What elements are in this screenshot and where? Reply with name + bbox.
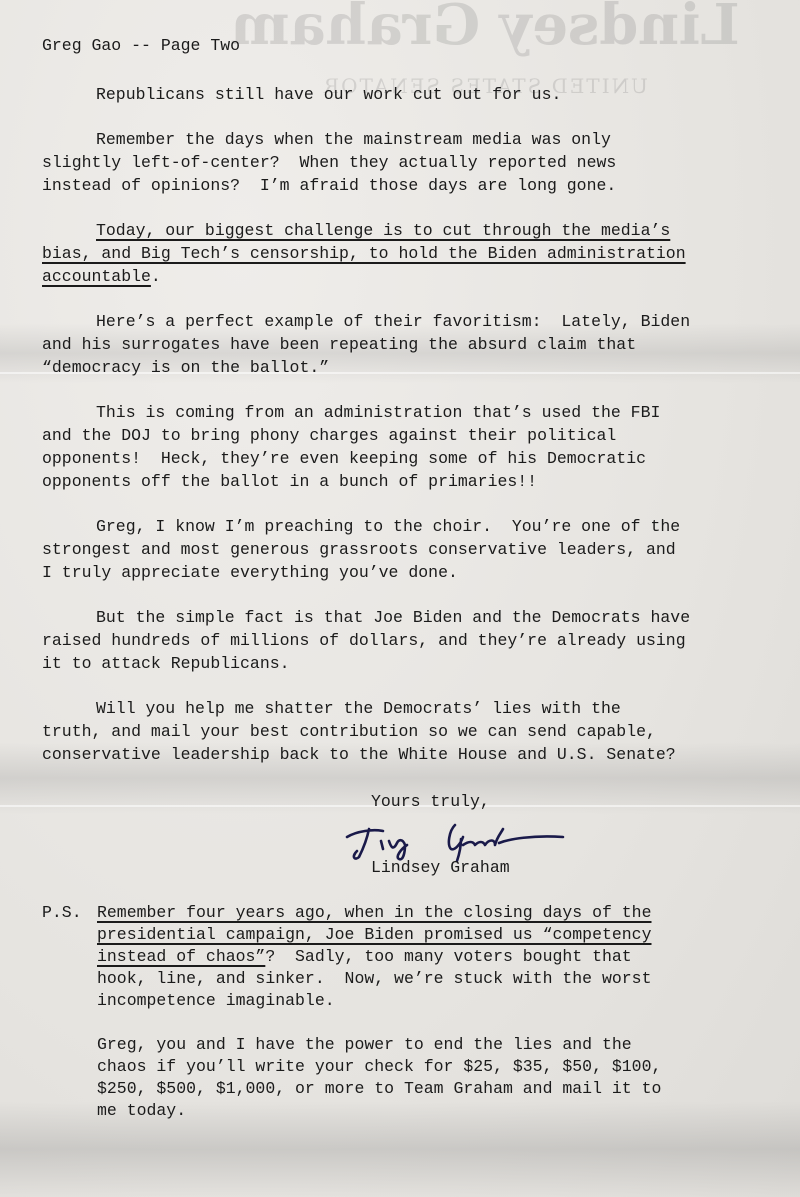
paragraph: This is coming from an administration th… (42, 401, 782, 493)
letter-body: Greg Gao -- Page Two Republicans still h… (42, 34, 782, 788)
page-header: Greg Gao -- Page Two (42, 34, 782, 57)
text-line: Here’s a perfect example of their favori… (42, 310, 782, 333)
text-line: $250, $500, $1,000, or more to Team Grah… (97, 1078, 782, 1100)
text-line: I truly appreciate everything you’ve don… (42, 561, 782, 584)
text-line: This is coming from an administration th… (42, 401, 782, 424)
text-line: instead of chaos”? Sadly, too many voter… (97, 946, 782, 968)
ps-label: P.S. (42, 902, 82, 924)
postscript-body: Remember four years ago, when in the clo… (97, 902, 782, 1122)
text-line: Republicans still have our work cut out … (42, 83, 782, 106)
closing: Yours truly, (371, 790, 490, 813)
text-line: Greg, you and I have the power to end th… (97, 1034, 782, 1056)
paragraph: Remember the days when the mainstream me… (42, 128, 782, 197)
paragraph: Will you help me shatter the Democrats’ … (42, 697, 782, 766)
text-line: Remember the days when the mainstream me… (42, 128, 782, 151)
text-line: strongest and most generous grassroots c… (42, 538, 782, 561)
text-line: and his surrogates have been repeating t… (42, 333, 782, 356)
text-line: and the DOJ to bring phony charges again… (42, 424, 782, 447)
text-line: Will you help me shatter the Democrats’ … (42, 697, 782, 720)
paragraph: Republicans still have our work cut out … (42, 83, 782, 106)
text-line: opponents off the ballot in a bunch of p… (42, 470, 782, 493)
text-line: raised hundreds of millions of dollars, … (42, 629, 782, 652)
text-line: conservative leadership back to the Whit… (42, 743, 782, 766)
text-line: truth, and mail your best contribution s… (42, 720, 782, 743)
text-line: slightly left-of-center? When they actua… (42, 151, 782, 174)
paragraph: Greg, I know I’m preaching to the choir.… (42, 515, 782, 584)
postscript: P.S. Remember four years ago, when in th… (42, 902, 782, 1122)
text-line: it to attack Republicans. (42, 652, 782, 675)
text-line: bias, and Big Tech’s censorship, to hold… (42, 242, 782, 265)
text-line: opponents! Heck, they’re even keeping so… (42, 447, 782, 470)
text-line: hook, line, and sinker. Now, we’re stuck… (97, 968, 782, 990)
text-line: me today. (97, 1100, 782, 1122)
text-line: incompetence imaginable. (97, 990, 782, 1012)
paragraph: Today, our biggest challenge is to cut t… (42, 219, 782, 288)
text-line: accountable. (42, 265, 782, 288)
paragraphs: Republicans still have our work cut out … (42, 83, 782, 766)
text-line: instead of opinions? I’m afraid those da… (42, 174, 782, 197)
text-line: chaos if you’ll write your check for $25… (97, 1056, 782, 1078)
paragraph: Here’s a perfect example of their favori… (42, 310, 782, 379)
text-line: presidential campaign, Joe Biden promise… (97, 924, 782, 946)
text-line: But the simple fact is that Joe Biden an… (42, 606, 782, 629)
text-line: “democracy is on the ballot.” (42, 356, 782, 379)
paragraph: But the simple fact is that Joe Biden an… (42, 606, 782, 675)
signer-name: Lindsey Graham (371, 858, 510, 877)
text-line: Today, our biggest challenge is to cut t… (42, 219, 782, 242)
text-line: Greg, I know I’m preaching to the choir.… (42, 515, 782, 538)
text-line: Remember four years ago, when in the clo… (97, 902, 782, 924)
